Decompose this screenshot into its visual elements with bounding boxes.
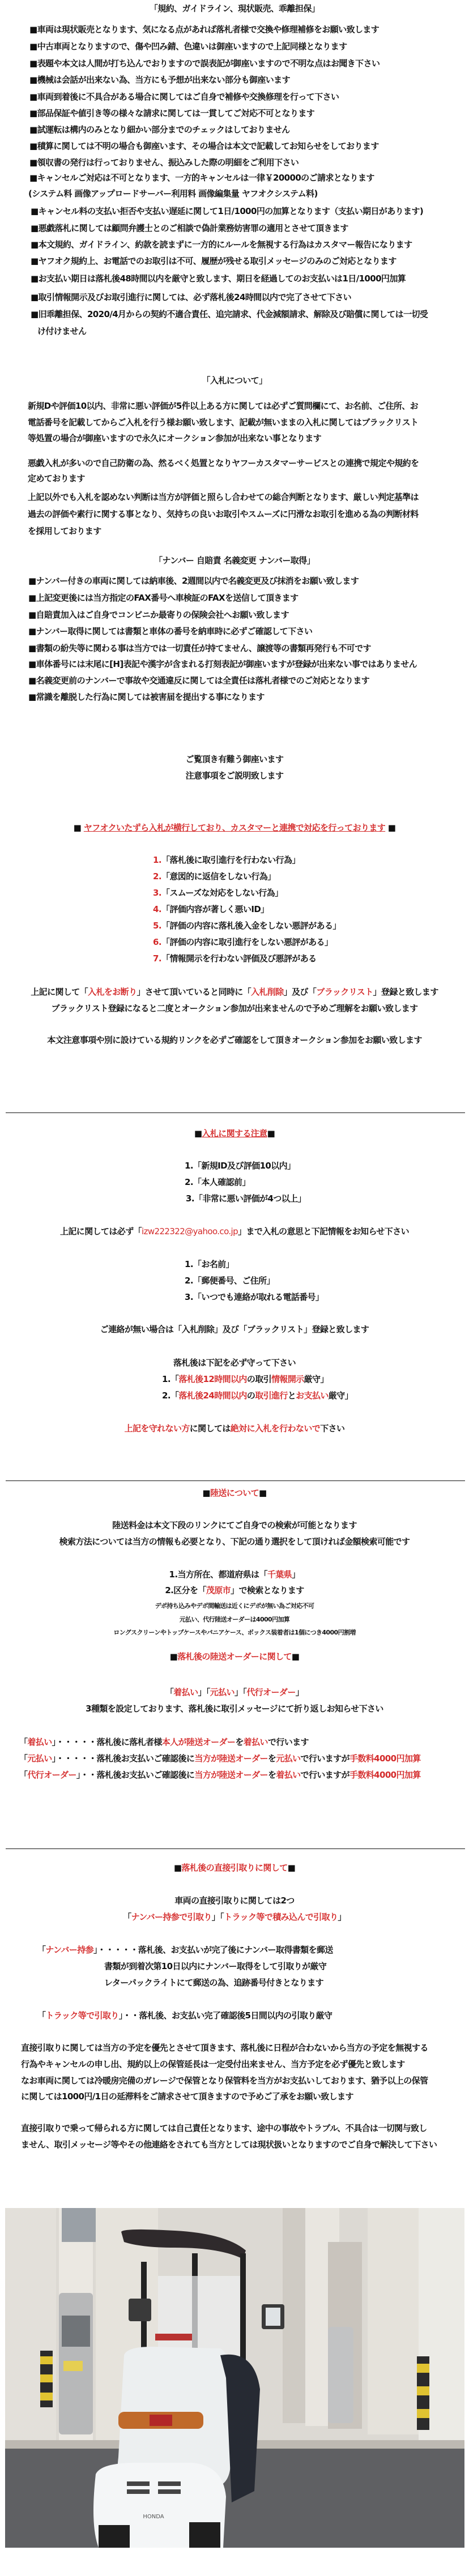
terms-bullet: ■機械は会話が出来ない為、当方にも予想が出来ない部分も御座います [29, 74, 290, 85]
mischief-item: 6.「評価の内容に取引進行をしない悪評がある」 [153, 936, 332, 948]
square-bullet-icon: ■ [388, 823, 396, 833]
bid-warning: 上記を守れない方に関しては絶対に入札を行わないで下さい [0, 1423, 469, 1434]
contact-text: 上記に関しては必ず「 [60, 1226, 142, 1236]
divider [6, 1480, 465, 1481]
square-bullet-icon: ■ [74, 823, 82, 833]
order-row-text: 」・・・・・落札後に落札者様 [52, 1737, 162, 1747]
pickup-paragraph-line: 行為やキャンセルの申し出、規約以上の保管延長は一定受付出来ません、当方予定を必ず… [21, 2059, 405, 2070]
square-bullet-icon: ■ [267, 1128, 275, 1139]
number-plate-bullet: ■常識を離脱した行為に関しては被害届を提出する事になります [28, 691, 265, 703]
square-bullet-icon: ■ [194, 1128, 202, 1139]
item-number: 1. [153, 855, 161, 865]
terms-bullet: ■部品保証や値引き等の様々な請求に関しては一貫してご対応不可となります [29, 108, 314, 119]
pickup-plate-text: 書類が到着次第10日以内にナンバー取得をして引取りが厳守 [104, 1961, 326, 1972]
mischief-item: 7.「情報開示を行わない評価及び悪評がある [153, 953, 317, 964]
order-row-text: で行いますが [301, 1753, 349, 1764]
mischief-headline: ■ ヤフオクいたずら入札が横行しており、カスタマーと連携で対応を行っております … [0, 822, 469, 833]
condition-item: 3.「非常に悪い評価が4つ以上」 [186, 1193, 306, 1204]
step-city: 茂原市 [206, 1585, 231, 1595]
rule-highlight: 落札後12時間以内 [178, 1374, 246, 1384]
terms-bullet: ■悪戯落札に関しては顧問弁護士とのご相談で偽計業務妨害罪の適用とさせて頂きます [31, 222, 348, 234]
pickup-intro: 車両の直接引取りに関しては2つ [0, 1895, 469, 1906]
step-prefecture: 千葉県 [267, 1569, 292, 1580]
terms-bullet: ■本文規約、ガイドライン、約款を読まずに一方的にルールを無視する行為はカスタマー… [31, 239, 412, 250]
number-plate-bullet: ■書類の紛失等に関わる事は当方では一切責任が持てません、譲渡等の書類再発行も不可… [28, 643, 371, 654]
terms-bullet: ■取引情報開示及びお取引進行に関しては、必ず落札後24時間以内で完了させて下さい [31, 292, 351, 303]
bid-caution-title-text: 入札に関する注意 [202, 1128, 267, 1139]
order-row-label: 代行オーダー [27, 1770, 76, 1780]
item-number: 6. [153, 937, 161, 947]
summary-text: 」させて頂いていると同時に「 [137, 987, 251, 997]
order-row-text: 」・・落札後お支払いご確認後に [76, 1770, 195, 1780]
bidding-paragraph-line: 上記以外でも入札を認めない判断は当方が評価と照らし合わせての総合判断となります、… [28, 491, 419, 503]
item-text: 「落札後に取引進行を行わない行為」 [161, 855, 300, 865]
rule-highlight: お支払い [296, 1390, 329, 1401]
terms-bullet: ■ヤフオク規約上、お電話でのお取引は不可、履歴が残せる取引メッセージのみのご対応… [31, 255, 396, 267]
bidding-paragraph-line: 新規Dや評価10以内、非常に悪い評価が5件以上ある方に関しては必ずご質問欄にて、… [28, 400, 418, 412]
item-text: 「意図的に返信をしない行為」 [161, 871, 276, 882]
item-text: 「スムーズな対応をしない行為」 [161, 888, 283, 898]
info-item: 2.「郵便番号、ご住所」 [185, 1275, 275, 1286]
order-row-highlight: 元払い [276, 1753, 300, 1764]
summary-blacklist: ブラックリスト [316, 987, 373, 997]
mischief-item: 2.「意図的に返信をしない行為」 [153, 871, 276, 882]
greeting-line-1: ご覧頂き有難う御座います [0, 754, 469, 765]
item-number: 3. [153, 888, 161, 898]
order-row-highlight: 着払い [276, 1770, 300, 1780]
pickup-truck-label: トラック等で引取り [45, 2010, 118, 2021]
mischief-summary: 上記に関して「入札をお断り」させて頂いていると同時に「入札削除」及び「ブラックリ… [0, 986, 469, 998]
order-row-text: で行いますが [301, 1770, 349, 1780]
summary-text: 」及び「 [284, 987, 317, 997]
bid-caution-title: ■入札に関する注意■ [0, 1128, 469, 1139]
bracket-open: 「 [19, 1753, 27, 1764]
terms-bullet: ■車両到着後に不具合がある場合に関してはご自身で補修や交換修理を行って下さい [29, 91, 339, 102]
order-title: ■落札後の陸送オーダーに関して■ [0, 1651, 469, 1662]
item-number: 5. [153, 921, 161, 931]
confirm-note: 本文注意事項や別に設けている規約リンクを必ずご確認をして頂きオークション参加をお… [0, 1034, 469, 1046]
pickup-plate-text: レターパックライトにて郵送の為、追跡番号付きとなります [104, 1977, 323, 1988]
contact-email-link[interactable]: izw222322@yahoo.co.jp [142, 1226, 238, 1236]
order-row-text: を [268, 1753, 276, 1764]
bracket-open: 「 [19, 1770, 27, 1780]
rule-highlight: 落札後24時間以内 [178, 1390, 246, 1401]
contact-text: 」まで入札の意思と下記情報をお知らせ下さい [238, 1226, 409, 1236]
shipping-line: 検索方法については当方の情報も必要となり、下記の通り選択をして頂ければ金額検索可… [0, 1536, 469, 1547]
number-plate-bullet: ■ナンバー取得に関しては書類と車体の番号を納車時に必ずご確認して下さい [28, 626, 312, 637]
terms-bullet: (システム料 画像アップロードサーバー利用料 画像編集量 ヤフオクシステム料) [28, 188, 318, 199]
terms-bullet: け付けません [37, 326, 86, 337]
mischief-headline-text: ヤフオクいたずら入札が横行しており、カスタマーと連携で対応を行っております [84, 823, 385, 833]
shipping-note: ロングスクリーンやトップケースやパニアケース、ボックス装着者は1個につき4000… [0, 1629, 469, 1637]
rule-highlight: 取引進行 [255, 1390, 288, 1401]
pickup-option: トラック等で積み込んで引取り [224, 1912, 338, 1922]
pickup-plate-text: 」・・・・・落札後、お支払いが完了後にナンバー取得書類を郵送 [93, 1945, 333, 1955]
terms-bullet: ■試運転は構内のみとなり細かい部分までのチェックはしておりません [29, 124, 290, 135]
condition-item: 2.「本人確認前」 [185, 1176, 250, 1188]
number-plate-bullet: ■名義変更前のナンバーで事故や交通違反に関しては全責任は落札者様でのご対応となり… [28, 675, 369, 686]
summary-text: 上記に関して「 [31, 987, 88, 997]
mischief-item: 4.「評価内容が著しく悪いID」 [153, 904, 269, 915]
step-text: 」 [292, 1569, 300, 1580]
summary-refuse: 入札をお断り [88, 987, 137, 997]
number-plate-bullet: ■上記変更後には当方指定のFAX番号へ車検証のFAXを送信して頂きます [28, 592, 299, 604]
rule-text: の取引 [247, 1374, 271, 1384]
shipping-step-1: 1.当方所在、都道府県は「千葉県」 [0, 1569, 469, 1580]
number-plate-bullet: ■自賠責加入はご自身でコンビニか最寄りの保険会社へお願い致します [28, 609, 289, 621]
mischief-item: 5.「評価の内容に落札後入金をしない悪評がある」 [153, 920, 341, 931]
order-row-label: 元払い [27, 1753, 52, 1764]
condition-item: 1.「新規ID及び評価10以内」 [185, 1160, 295, 1171]
terms-title: 「規約、ガイドライン、現状販売、乖離担保」 [0, 3, 469, 14]
order-type: 元払い [210, 1687, 234, 1697]
step-text: 1.当方所在、都道府県は「 [169, 1569, 267, 1580]
square-bullet-icon: ■ [259, 1488, 267, 1498]
blacklist-note: ブラックリスト登録になると二度とオークション参加が出来ませんので予めご理解をお願… [0, 1003, 469, 1014]
order-row-text: 」・・・・・落札後お支払いご確認後に [52, 1753, 195, 1764]
rule-text: と [288, 1390, 296, 1401]
terms-bullet: ■表題や本文は人間が打ち込んでおりますので誤表記が御座いますので不明な点はお聞き… [29, 58, 380, 69]
order-row-fee: 手数料4000円加算 [349, 1770, 421, 1780]
pickup-paragraph-line: 直接引取りで乗って帰られる方に関しては自己責任となります、途中の事故やトラブル、… [21, 2123, 427, 2134]
rule-text: 1.「 [162, 1374, 178, 1384]
shipping-note: 元払い、代行陸送オーダーは4000円加算 [0, 1616, 469, 1624]
divider [6, 1848, 465, 1849]
item-number: 4. [153, 904, 161, 914]
bidding-paragraph-line: 等処置の場合が御座いますので永久にオークション参加が出来ない事となります [28, 433, 321, 444]
number-plate-title: 「ナンバー 自賠責 名義変更 ナンバー取得」 [0, 555, 469, 566]
terms-bullet: ■積算に関しては不明の場合も御座います、その場合は本文で記載してお知らせをしてお… [29, 140, 379, 152]
pickup-options: 「ナンバー持参で引取り」「トラック等で積み込んで引取り」 [0, 1911, 469, 1923]
item-text: 「評価の内容に落札後入金をしない悪評がある」 [161, 921, 341, 931]
shipping-line: 陸送料金は本文下段のリンクにてご自身での検索が可能となります [0, 1520, 469, 1531]
honda-logo: HONDA [143, 2514, 164, 2520]
order-types: 「着払い」「元払い」「代行オーダー」 [0, 1687, 469, 1698]
order-row-text: で行います [268, 1737, 309, 1747]
mischief-item: 1.「落札後に取引進行を行わない行為」 [153, 854, 300, 866]
terms-bullet: ■お支払い期日は落札後48時間以内を厳守と致します、期日を経過してのお支払いは1… [31, 273, 406, 284]
terms-bullet: ■キャンセルご対応は不可となります、一方的キャンセルは一律￥20000のご請求と… [29, 172, 374, 183]
shipping-title-text: 陸送について [210, 1488, 259, 1498]
pickup-truck-text: 」・・落札後、お支払い完了確認後5日間以内の引取り厳守 [119, 2010, 332, 2021]
contact-line: 上記に関しては必ず「izw222322@yahoo.co.jp」まで入札の意思と… [0, 1226, 469, 1237]
order-title-text: 落札後の陸送オーダーに関して [177, 1651, 292, 1662]
divider [6, 1112, 465, 1113]
pickup-paragraph-line: ません、取引メッセージ等やその他連絡をされても当方としては現状扱いとなりますので… [21, 2139, 437, 2150]
order-intro: 3種類を設定しております、落札後に取引メッセージにて折り返しお知らせ下さい [0, 1703, 469, 1714]
rule-highlight: 情報開示 [271, 1374, 304, 1384]
item-number: 2. [153, 871, 161, 882]
pickup-paragraph-line: なお車両に関しては冷暖房完備のガレージで保管となり保管料を当方がお支払いしており… [21, 2075, 428, 2086]
info-item: 3.「いつでも連絡が取れる電話番号」 [185, 1291, 323, 1303]
number-plate-bullet: ■車体番号には末尾に[H]表記や漢字が含まれる打刻表記が御座いますが登録が出来な… [28, 658, 417, 670]
no-contact-note: ご連絡が無い場合は「入札削除」及び「ブラックリスト」登録と致します [0, 1324, 469, 1335]
after-win-rule-2: 2.「落札後24時間以内の取引進行とお支払い厳守」 [162, 1390, 353, 1401]
terms-bullet: ■車両は現状販売となります、気になる点があれば落札者様で交換や修理補修をお願い致… [29, 24, 379, 35]
terms-bullet: ■中古車両となりますので、傷や凹み錆、色違いは御座いますので上記同様となります [29, 41, 347, 52]
square-bullet-icon: ■ [292, 1651, 300, 1662]
pickup-truck-row: 「トラック等で引取り」・・落札後、お支払い完了確認後5日間以内の引取り厳守 [37, 2010, 332, 2021]
rule-text: 2.「 [162, 1390, 178, 1401]
terms-bullet: ■領収書の発行は行っておりません、振込みした際の明細をご利用下さい [29, 157, 299, 168]
step-text: 2.区分を「 [165, 1585, 206, 1595]
item-text: 「評価の内容に取引進行をしない悪評がある」 [161, 937, 332, 947]
scooter-illustration: HONDA [5, 2208, 464, 2548]
bracket-open: 「 [19, 1737, 27, 1747]
order-row: 「着払い」・・・・・落札後に落札者様本人が陸送オーダーを着払いで行います [19, 1736, 309, 1748]
item-number: 7. [153, 953, 161, 964]
summary-delete: 入札削除 [251, 987, 284, 997]
warning-text: 下さい [320, 1423, 344, 1434]
terms-bullet: ■旧乖離担保、2020/4月からの契約不適合責任、追完請求、代金減額請求、解除及… [31, 309, 428, 320]
warning-text: に関しては [190, 1423, 231, 1434]
order-row-text: を [268, 1770, 276, 1780]
pickup-paragraph-line: 直接引取りに関しては当方の予定を優先とさせて頂きます、落札後に日程が合わないから… [21, 2042, 428, 2053]
pickup-title-text: 落札後の直接引取りに関して [181, 1863, 287, 1873]
item-text: 「評価内容が著しく悪いID」 [161, 904, 269, 914]
rule-text: 厳守」 [304, 1374, 329, 1384]
warning-highlight: 上記を守れない方 [125, 1423, 190, 1434]
order-row: 「代行オーダー」・・落札後お支払いご確認後に当方が陸送オーダーを着払いで行います… [19, 1769, 421, 1781]
greeting-line-2: 注意事項をご説明致します [0, 770, 469, 781]
pickup-option: ナンバー持参で引取り [131, 1912, 212, 1922]
scooter-photo: HONDA [5, 2208, 464, 2548]
number-plate-bullet: ■ナンバー付きの車両に関しては納車後、2週間以内で名義変更及び抹消をお願い致しま… [28, 575, 359, 587]
rule-text: の [247, 1390, 255, 1401]
pickup-plate-row: 「ナンバー持参」・・・・・落札後、お支払いが完了後にナンバー取得書類を郵送 [37, 1944, 333, 1955]
bidding-title: 「入札について」 [0, 375, 469, 386]
order-type: 代行オーダー [246, 1687, 295, 1697]
summary-text: 」登録と致します [373, 987, 438, 997]
order-row-fee: 手数料4000円加算 [349, 1753, 421, 1764]
warning-highlight: 絶対に入札を行わないで [231, 1423, 320, 1434]
shipping-note: デポ持ち込みやデポ間輸送は近くにデポが無い為ご対応不可 [0, 1602, 469, 1610]
shipping-title: ■陸送について■ [0, 1487, 469, 1499]
rule-text: 厳守」 [329, 1390, 353, 1401]
square-bullet-icon: ■ [174, 1863, 182, 1873]
order-row-highlight: 着払い [244, 1737, 268, 1747]
order-row-highlight: 本人が陸送オーダー [162, 1737, 236, 1747]
after-win-title: 落札後は下記を必ず守って下さい [173, 1357, 296, 1368]
info-item: 1.「お名前」 [185, 1259, 234, 1270]
terms-bullet: ■キャンセル料の支払い拒否や支払い遅延に関して1日/1000円の加算となります（… [31, 206, 423, 217]
order-row-highlight: 当方が陸送オーダー [194, 1753, 268, 1764]
pickup-title: ■落札後の直接引取りに関して■ [0, 1862, 469, 1873]
square-bullet-icon: ■ [288, 1863, 296, 1873]
pickup-paragraph-line: に関しては1000円/1日の延滞料をご請求させて頂きますので予めご了承をお願い致… [21, 2091, 353, 2102]
pickup-plate-label: ナンバー持参 [45, 1945, 93, 1955]
order-row-text: を [235, 1737, 243, 1747]
item-text: 「情報開示を行わない評価及び悪評がある [161, 953, 317, 964]
bidding-paragraph-line: 定めております [28, 473, 85, 484]
order-type: 着払い [173, 1687, 198, 1697]
order-row-label: 着払い [27, 1737, 52, 1747]
bidding-paragraph-line: を採用しております [28, 525, 101, 537]
bidding-paragraph-line: 電話番号を記載してからご入札を行う様お願い致します、記載が無いままの入札に関して… [28, 417, 418, 428]
mischief-item: 3.「スムーズな対応をしない行為」 [153, 887, 283, 898]
after-win-rule-1: 1.「落札後12時間以内の取引情報開示厳守」 [162, 1373, 329, 1385]
square-bullet-icon: ■ [170, 1651, 178, 1662]
step-text: 」で検索となります [231, 1585, 304, 1595]
bidding-paragraph-line: 悪戯入札が多いので自己防衛の為、然るべく処置となりヤフーカスタマーサービスとの連… [28, 457, 419, 469]
square-bullet-icon: ■ [202, 1488, 210, 1498]
order-row: 「元払い」・・・・・落札後お支払いご確認後に当方が陸送オーダーを元払いで行います… [19, 1753, 421, 1764]
bidding-paragraph-line: 過去の評価や素行に関する事となり、気持ちの良いお取引やスムーズに円滑なお取引を進… [28, 508, 419, 520]
shipping-step-2: 2.区分を「茂原市」で検索となります [0, 1585, 469, 1596]
order-row-highlight: 当方が陸送オーダー [194, 1770, 268, 1780]
